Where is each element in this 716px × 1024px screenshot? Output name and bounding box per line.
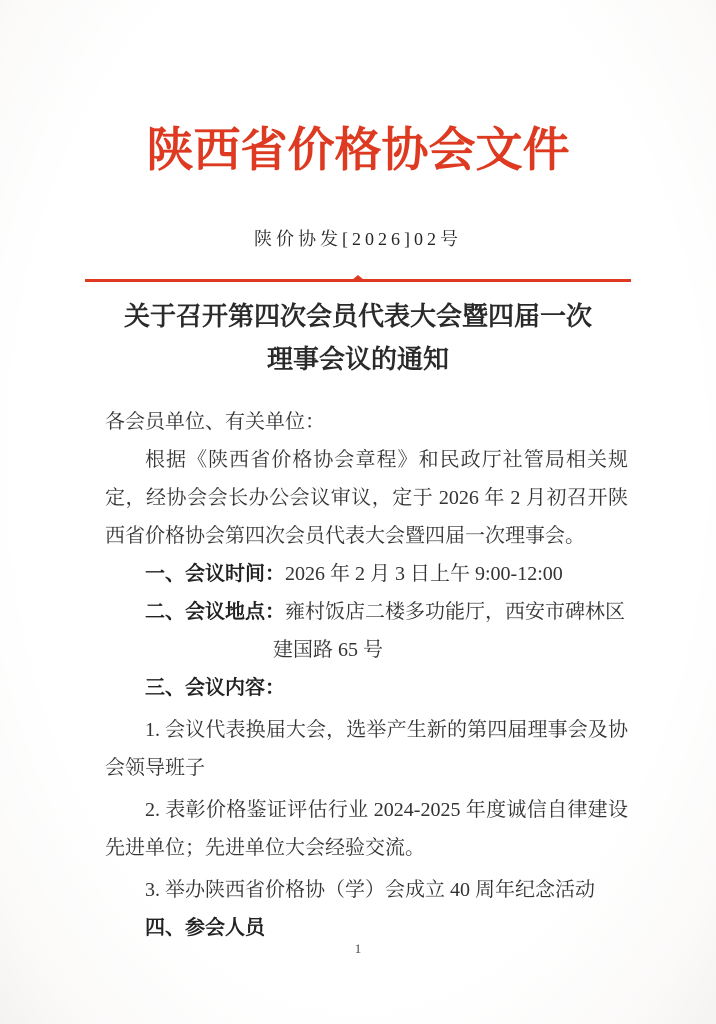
section-meeting-time-text: 2026 年 2 月 3 日上午 9:00-12:00 bbox=[285, 563, 563, 585]
letterhead-divider bbox=[85, 279, 631, 282]
letterhead-org-title: 陕西省价格协会文件 bbox=[0, 122, 716, 180]
document-body: 各会员单位、有关单位： 根据《陕西省价格协会章程》和民政厅社管局相关规定，经协会… bbox=[0, 403, 716, 947]
agenda-item-1: 1. 会议代表换届大会，选举产生新的第四届理事会及协会领导班子 bbox=[105, 711, 628, 787]
agenda-item-2: 2. 表彰价格鉴证评估行业 2024-2025 年度诚信自律建设先进单位；先进单… bbox=[105, 791, 628, 867]
document-page: 陕西省价格协会文件 陕价协发[2026]02号 关于召开第四次会员代表大会暨四届… bbox=[0, 0, 716, 1024]
document-title-line2: 理事会议的通知 bbox=[267, 344, 449, 374]
page-number: 1 bbox=[355, 941, 362, 957]
document-number: 陕价协发[2026]02号 bbox=[0, 228, 716, 251]
section-meeting-agenda: 三、会议内容： bbox=[105, 669, 628, 707]
agenda-item-3: 3. 举办陕西省价格协（学）会成立 40 周年纪念活动 bbox=[105, 871, 628, 909]
section-meeting-time-label: 一、会议时间： bbox=[145, 563, 285, 585]
section-meeting-time: 一、会议时间：2026 年 2 月 3 日上午 9:00-12:00 bbox=[105, 555, 628, 593]
section-meeting-venue-text-continued: 建国路 65 号 bbox=[273, 639, 383, 661]
salutation: 各会员单位、有关单位： bbox=[105, 403, 628, 441]
section-meeting-venue-label: 二、会议地点： bbox=[145, 601, 285, 623]
section-attendees-label: 四、参会人员 bbox=[105, 909, 628, 947]
document-title-line1: 关于召开第四次会员代表大会暨四届一次 bbox=[124, 301, 592, 331]
document-title: 关于召开第四次会员代表大会暨四届一次 理事会议的通知 bbox=[0, 295, 716, 381]
divider-center-notch-icon bbox=[352, 275, 364, 280]
section-meeting-venue-text: 雍村饭店二楼多功能厅，西安市碑林区 bbox=[285, 601, 625, 623]
intro-paragraph: 根据《陕西省价格协会章程》和民政厅社管局相关规定，经协会会长办公会议审议，定于 … bbox=[105, 441, 628, 555]
section-meeting-venue: 二、会议地点：雍村饭店二楼多功能厅，西安市碑林区建国路 65 号 bbox=[105, 593, 628, 669]
section-meeting-agenda-label: 三、会议内容： bbox=[145, 677, 285, 699]
